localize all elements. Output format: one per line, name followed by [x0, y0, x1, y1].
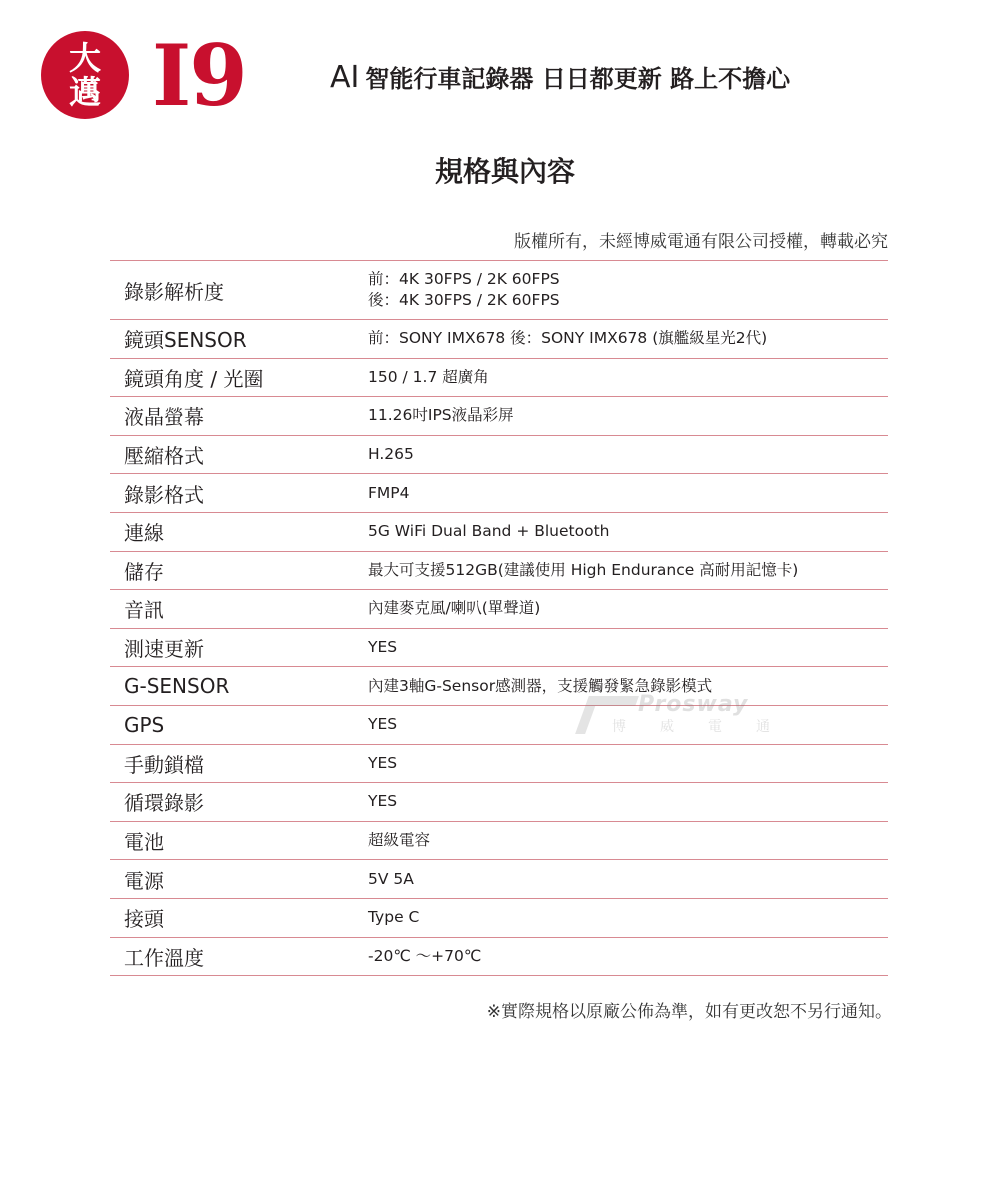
model-name: I9 — [152, 26, 246, 126]
spec-value-line: 前：SONY IMX678 後：SONY IMX678 (旗艦級星光2代) — [368, 328, 888, 349]
spec-value: 5V 5A — [368, 869, 888, 890]
spec-value-line: H.265 — [368, 444, 888, 465]
spec-value-line: 超級電容 — [368, 830, 888, 851]
spec-value-line: FMP4 — [368, 483, 888, 504]
spec-value-line: 5G WiFi Dual Band + Bluetooth — [368, 521, 888, 542]
spec-row: GPSYES — [110, 706, 888, 745]
spec-label: GPS — [110, 713, 368, 737]
spec-value-line: 前：4K 30FPS / 2K 60FPS — [368, 269, 888, 290]
spec-value-line: 最大可支援512GB(建議使用 High Endurance 高耐用記憶卡) — [368, 560, 888, 581]
spec-value-line: YES — [368, 791, 888, 812]
spec-value: YES — [368, 714, 888, 735]
spec-value: 超級電容 — [368, 830, 888, 851]
spec-label: 連線 — [110, 517, 368, 546]
spec-row: G-SENSOR內建3軸G-Sensor感測器，支援觸發緊急錄影模式 — [110, 667, 888, 706]
spec-value: 11.26吋IPS液晶彩屏 — [368, 405, 888, 426]
spec-label: 儲存 — [110, 556, 368, 585]
spec-value-line: 內建3軸G-Sensor感測器，支援觸發緊急錄影模式 — [368, 676, 888, 697]
tagline-text: 智能行車記錄器 日日都更新 路上不擔心 — [365, 65, 790, 93]
spec-label: 鏡頭SENSOR — [110, 324, 368, 353]
spec-table: 錄影解析度前：4K 30FPS / 2K 60FPS後：4K 30FPS / 2… — [110, 260, 888, 976]
section-title: 規格與內容 — [0, 150, 1000, 194]
spec-label: G-SENSOR — [110, 674, 368, 698]
spec-value: Type C — [368, 907, 888, 928]
spec-row: 電池超級電容 — [110, 822, 888, 861]
tagline-ai: AI — [330, 60, 359, 95]
spec-label: 鏡頭角度 / 光圈 — [110, 363, 368, 392]
spec-value: 內建3軸G-Sensor感測器，支援觸發緊急錄影模式 — [368, 676, 888, 697]
spec-value: FMP4 — [368, 483, 888, 504]
spec-value-line: YES — [368, 753, 888, 774]
spec-label: 手動鎖檔 — [110, 749, 368, 778]
spec-value-line: 11.26吋IPS液晶彩屏 — [368, 405, 888, 426]
spec-label: 錄影解析度 — [110, 276, 368, 305]
spec-value: H.265 — [368, 444, 888, 465]
spec-row: 工作溫度-20℃ ～+70℃ — [110, 938, 888, 977]
spec-value-line: YES — [368, 637, 888, 658]
spec-value-line: 內建麥克風/喇叭(單聲道) — [368, 598, 888, 619]
spec-row: 錄影格式FMP4 — [110, 474, 888, 513]
spec-label: 接頭 — [110, 903, 368, 932]
spec-row: 液晶螢幕11.26吋IPS液晶彩屏 — [110, 397, 888, 436]
spec-label: 測速更新 — [110, 633, 368, 662]
spec-row: 循環錄影YES — [110, 783, 888, 822]
spec-row: 錄影解析度前：4K 30FPS / 2K 60FPS後：4K 30FPS / 2… — [110, 261, 888, 320]
spec-row: 音訊內建麥克風/喇叭(單聲道) — [110, 590, 888, 629]
spec-label: 錄影格式 — [110, 479, 368, 508]
spec-label: 循環錄影 — [110, 787, 368, 816]
tagline: AI智能行車記錄器 日日都更新 路上不擔心 — [330, 58, 790, 99]
spec-value-line: YES — [368, 714, 888, 735]
spec-label: 電源 — [110, 865, 368, 894]
footnote: ※實際規格以原廠公佈為準，如有更改恕不另行通知。 — [487, 998, 892, 1026]
spec-value: YES — [368, 791, 888, 812]
spec-row: 連線5G WiFi Dual Band + Bluetooth — [110, 513, 888, 552]
spec-value: 150 / 1.7 超廣角 — [368, 367, 888, 388]
brand-logo: 大 邁 — [41, 31, 129, 119]
spec-row: 鏡頭角度 / 光圈150 / 1.7 超廣角 — [110, 359, 888, 398]
spec-row: 手動鎖檔YES — [110, 745, 888, 784]
spec-value: 5G WiFi Dual Band + Bluetooth — [368, 521, 888, 542]
spec-row: 電源5V 5A — [110, 860, 888, 899]
logo-char-2: 邁 — [69, 75, 101, 109]
spec-label: 工作溫度 — [110, 942, 368, 971]
spec-row: 接頭Type C — [110, 899, 888, 938]
spec-value: 前：4K 30FPS / 2K 60FPS後：4K 30FPS / 2K 60F… — [368, 269, 888, 311]
spec-value: YES — [368, 753, 888, 774]
spec-row: 壓縮格式H.265 — [110, 436, 888, 475]
spec-label: 音訊 — [110, 594, 368, 623]
spec-label: 液晶螢幕 — [110, 401, 368, 430]
spec-value-line: 5V 5A — [368, 869, 888, 890]
spec-label: 電池 — [110, 826, 368, 855]
copyright-notice: 版權所有，未經博威電通有限公司授權，轉載必究 — [514, 228, 888, 256]
spec-value: YES — [368, 637, 888, 658]
spec-value-line: 150 / 1.7 超廣角 — [368, 367, 888, 388]
spec-value: 內建麥克風/喇叭(單聲道) — [368, 598, 888, 619]
spec-label: 壓縮格式 — [110, 440, 368, 469]
spec-row: 儲存最大可支援512GB(建議使用 High Endurance 高耐用記憶卡) — [110, 552, 888, 591]
spec-value: -20℃ ～+70℃ — [368, 946, 888, 967]
spec-row: 測速更新YES — [110, 629, 888, 668]
spec-value-line: 後：4K 30FPS / 2K 60FPS — [368, 290, 888, 311]
spec-value-line: Type C — [368, 907, 888, 928]
logo-char-1: 大 — [69, 41, 101, 75]
spec-row: 鏡頭SENSOR前：SONY IMX678 後：SONY IMX678 (旗艦級… — [110, 320, 888, 359]
spec-value-line: -20℃ ～+70℃ — [368, 946, 888, 967]
spec-value: 最大可支援512GB(建議使用 High Endurance 高耐用記憶卡) — [368, 560, 888, 581]
spec-value: 前：SONY IMX678 後：SONY IMX678 (旗艦級星光2代) — [368, 328, 888, 349]
